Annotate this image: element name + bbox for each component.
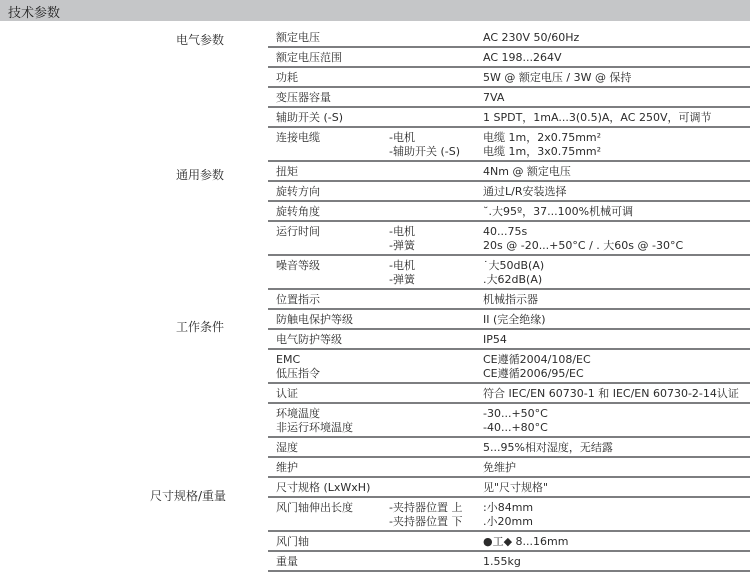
parameter-sub-line: -电机 bbox=[389, 225, 415, 239]
parameter-value-line: CE遵循2004/108/EC bbox=[483, 353, 591, 367]
parameter-name-line: 重量 bbox=[276, 555, 298, 569]
parameter-sub: -电机-弹簧 bbox=[389, 259, 415, 287]
parameter-value-line: 1.55kg bbox=[483, 555, 521, 569]
section-label-dimensions-weight: 尺寸规格/重量 bbox=[150, 487, 226, 504]
parameter-name-line: 连接电缆 bbox=[276, 131, 320, 145]
parameter-name-line: EMC bbox=[276, 353, 320, 367]
parameter-value: 见"尺寸规格" bbox=[483, 481, 548, 495]
parameter-value-line: ●工◆ 8...16mm bbox=[483, 535, 568, 549]
parameter-name-line: 环境温度 bbox=[276, 407, 353, 421]
parameter-name: 扭矩 bbox=[276, 165, 298, 179]
table-row: 维护免维护 bbox=[268, 458, 750, 478]
parameter-value-line: ˘.大95º，37...100%机械可调 bbox=[483, 205, 633, 219]
parameter-value-line: :小84mm bbox=[483, 501, 533, 515]
parameter-sub-line: -弹簧 bbox=[389, 239, 415, 253]
table-row: 功耗5W @ 额定电压 / 3W @ 保持 bbox=[268, 68, 750, 88]
table-row: 变压器容量7VA bbox=[268, 88, 750, 108]
parameter-value: :小84mm .小20mm bbox=[483, 501, 533, 529]
parameter-sub-line: -弹簧 bbox=[389, 273, 415, 287]
parameter-name-line: 电气防护等级 bbox=[276, 333, 342, 347]
parameter-name-line: 旋转角度 bbox=[276, 205, 320, 219]
parameter-value: IP54 bbox=[483, 333, 507, 347]
parameter-value: 电缆 1m，2x0.75mm²电缆 1m，3x0.75mm² bbox=[483, 131, 601, 159]
table-row: 环境温度非运行环境温度-30...+50°C-40...+80°C bbox=[268, 404, 750, 438]
parameter-name-line: 旋转方向 bbox=[276, 185, 320, 199]
table-row: EMC低压指令CE遵循2004/108/ECCE遵循2006/95/EC bbox=[268, 350, 750, 384]
parameter-name: 防触电保护等级 bbox=[276, 313, 353, 327]
parameter-name: 额定电压范围 bbox=[276, 51, 342, 65]
parameter-name: 运行时间 bbox=[276, 225, 320, 239]
table-row: 旋转方向通过L/R安装选择 bbox=[268, 182, 750, 202]
parameter-name: 变压器容量 bbox=[276, 91, 331, 105]
table-row: 重量1.55kg bbox=[268, 552, 750, 572]
parameter-value: II (完全绝缘) bbox=[483, 313, 546, 327]
parameter-name-line: 非运行环境温度 bbox=[276, 421, 353, 435]
parameter-name: 位置指示 bbox=[276, 293, 320, 307]
parameter-sub-line: -电机 bbox=[389, 131, 460, 145]
parameter-name-line: 风门轴伸出长度 bbox=[276, 501, 353, 515]
parameter-value: AC 198...264V bbox=[483, 51, 562, 65]
parameter-value: AC 230V 50/60Hz bbox=[483, 31, 579, 45]
parameter-value-line: 1 SPDT，1mA...3(0.5)A，AC 250V，可调节 bbox=[483, 111, 711, 125]
parameter-value-line: 符合 IEC/EN 60730-1 和 IEC/EN 60730-2-14认证 bbox=[483, 387, 739, 401]
parameter-value: 免维护 bbox=[483, 461, 516, 475]
section-label-working-conditions: 工作条件 bbox=[176, 318, 224, 335]
parameter-value: 40...75s20s @ -20...+50°C / . 大60s @ -30… bbox=[483, 225, 683, 253]
parameter-value-line: 免维护 bbox=[483, 461, 516, 475]
parameter-name: 尺寸规格 (LxWxH) bbox=[276, 481, 370, 495]
parameter-sub: -电机-弹簧 bbox=[389, 225, 415, 253]
table-row: 运行时间-电机-弹簧40...75s20s @ -20...+50°C / . … bbox=[268, 222, 750, 256]
parameter-name: 环境温度非运行环境温度 bbox=[276, 407, 353, 435]
parameter-value: 5...95%相对湿度，无结露 bbox=[483, 441, 613, 455]
parameter-sub-line: -夹持器位置 上 bbox=[389, 501, 462, 515]
parameter-value-line: -30...+50°C bbox=[483, 407, 548, 421]
table-row: 风门轴●工◆ 8...16mm bbox=[268, 532, 750, 552]
parameter-name-line: 额定电压 bbox=[276, 31, 320, 45]
parameter-value-line: 20s @ -20...+50°C / . 大60s @ -30°C bbox=[483, 239, 683, 253]
table-row: 防触电保护等级II (完全绝缘) bbox=[268, 310, 750, 330]
header-bar: 技术参数 bbox=[0, 0, 750, 21]
parameter-name-line: 功耗 bbox=[276, 71, 298, 85]
parameter-name-line: 变压器容量 bbox=[276, 91, 331, 105]
table-row: 电气防护等级IP54 bbox=[268, 330, 750, 350]
parameter-name-line: 认证 bbox=[276, 387, 298, 401]
table-row: 认证符合 IEC/EN 60730-1 和 IEC/EN 60730-2-14认… bbox=[268, 384, 750, 404]
parameter-value-line: 4Nm @ 额定电压 bbox=[483, 165, 571, 179]
table-row: 额定电压AC 230V 50/60Hz bbox=[268, 28, 750, 48]
parameter-value-line: 通过L/R安装选择 bbox=[483, 185, 566, 199]
parameter-value: 1.55kg bbox=[483, 555, 521, 569]
parameter-value: CE遵循2004/108/ECCE遵循2006/95/EC bbox=[483, 353, 591, 381]
parameter-value: 7VA bbox=[483, 91, 504, 105]
table-row: 风门轴伸出长度-夹持器位置 上-夹持器位置 下 :小84mm .小20mm bbox=[268, 498, 750, 532]
parameter-value-line: 7VA bbox=[483, 91, 504, 105]
parameter-name: 湿度 bbox=[276, 441, 298, 455]
table-row: 尺寸规格 (LxWxH)见"尺寸规格" bbox=[268, 478, 750, 498]
section-label-electrical: 电气参数 bbox=[176, 31, 224, 48]
parameter-name-line: 额定电压范围 bbox=[276, 51, 342, 65]
parameter-name-line: 辅助开关 (-S) bbox=[276, 111, 343, 125]
parameter-name-line: 噪音等级 bbox=[276, 259, 320, 273]
table-row: 位置指示机械指示器 bbox=[268, 290, 750, 310]
parameter-name: 旋转角度 bbox=[276, 205, 320, 219]
parameter-value-line: II (完全绝缘) bbox=[483, 313, 546, 327]
parameter-sub-line: -电机 bbox=[389, 259, 415, 273]
parameter-name-line: 扭矩 bbox=[276, 165, 298, 179]
parameter-value-line: 40...75s bbox=[483, 225, 683, 239]
parameter-name: 认证 bbox=[276, 387, 298, 401]
parameter-value-line: -40...+80°C bbox=[483, 421, 548, 435]
parameter-name: 辅助开关 (-S) bbox=[276, 111, 343, 125]
table-row: 噪音等级-电机-弹簧˙大50dB(A).大62dB(A) bbox=[268, 256, 750, 290]
parameter-value-line: 机械指示器 bbox=[483, 293, 538, 307]
parameter-value: ●工◆ 8...16mm bbox=[483, 535, 568, 549]
table-row: 辅助开关 (-S)1 SPDT，1mA...3(0.5)A，AC 250V，可调… bbox=[268, 108, 750, 128]
parameter-value: 4Nm @ 额定电压 bbox=[483, 165, 571, 179]
parameter-value: 1 SPDT，1mA...3(0.5)A，AC 250V，可调节 bbox=[483, 111, 711, 125]
parameter-sub: -夹持器位置 上-夹持器位置 下 bbox=[389, 501, 462, 529]
parameter-name: EMC低压指令 bbox=[276, 353, 320, 381]
parameter-name-line: 湿度 bbox=[276, 441, 298, 455]
spec-table: 额定电压AC 230V 50/60Hz额定电压范围AC 198...264V功耗… bbox=[268, 28, 750, 572]
parameter-value-line: 电缆 1m，3x0.75mm² bbox=[483, 145, 601, 159]
table-row: 扭矩4Nm @ 额定电压 bbox=[268, 162, 750, 182]
parameter-value: 符合 IEC/EN 60730-1 和 IEC/EN 60730-2-14认证 bbox=[483, 387, 739, 401]
parameter-name: 噪音等级 bbox=[276, 259, 320, 273]
parameter-name: 风门轴 bbox=[276, 535, 309, 549]
table-row: 连接电缆-电机-辅助开关 (-S)电缆 1m，2x0.75mm²电缆 1m，3x… bbox=[268, 128, 750, 162]
parameter-name-line: 维护 bbox=[276, 461, 298, 475]
parameter-value-line: IP54 bbox=[483, 333, 507, 347]
parameter-name: 连接电缆 bbox=[276, 131, 320, 145]
table-row: 旋转角度˘.大95º，37...100%机械可调 bbox=[268, 202, 750, 222]
parameter-name: 维护 bbox=[276, 461, 298, 475]
parameter-value-line: ˙大50dB(A) bbox=[483, 259, 544, 273]
table-row: 额定电压范围AC 198...264V bbox=[268, 48, 750, 68]
parameter-value: 5W @ 额定电压 / 3W @ 保持 bbox=[483, 71, 631, 85]
parameter-value-line: 电缆 1m，2x0.75mm² bbox=[483, 131, 601, 145]
parameter-value: -30...+50°C-40...+80°C bbox=[483, 407, 548, 435]
parameter-name: 额定电压 bbox=[276, 31, 320, 45]
parameter-name-line: 防触电保护等级 bbox=[276, 313, 353, 327]
parameter-value-line: 5W @ 额定电压 / 3W @ 保持 bbox=[483, 71, 631, 85]
parameter-name-line: 风门轴 bbox=[276, 535, 309, 549]
parameter-name: 风门轴伸出长度 bbox=[276, 501, 353, 515]
parameter-value: 机械指示器 bbox=[483, 293, 538, 307]
parameter-name: 旋转方向 bbox=[276, 185, 320, 199]
page-title: 技术参数 bbox=[8, 2, 60, 21]
section-label-general: 通用参数 bbox=[176, 166, 224, 183]
parameter-name: 重量 bbox=[276, 555, 298, 569]
parameter-value-line: 见"尺寸规格" bbox=[483, 481, 548, 495]
parameter-sub: -电机-辅助开关 (-S) bbox=[389, 131, 460, 159]
parameter-name-line: 尺寸规格 (LxWxH) bbox=[276, 481, 370, 495]
parameter-value-line: .大62dB(A) bbox=[483, 273, 544, 287]
parameter-name: 电气防护等级 bbox=[276, 333, 342, 347]
parameter-value-line: CE遵循2006/95/EC bbox=[483, 367, 591, 381]
parameter-name-line: 运行时间 bbox=[276, 225, 320, 239]
parameter-value-line: .小20mm bbox=[483, 515, 533, 529]
parameter-value-line: AC 198...264V bbox=[483, 51, 562, 65]
parameter-name-line: 位置指示 bbox=[276, 293, 320, 307]
parameter-value-line: AC 230V 50/60Hz bbox=[483, 31, 579, 45]
parameter-name: 功耗 bbox=[276, 71, 298, 85]
table-row: 湿度5...95%相对湿度，无结露 bbox=[268, 438, 750, 458]
parameter-sub-line: -夹持器位置 下 bbox=[389, 515, 462, 529]
parameter-value-line: 5...95%相对湿度，无结露 bbox=[483, 441, 613, 455]
parameter-value: 通过L/R安装选择 bbox=[483, 185, 566, 199]
parameter-sub-line: -辅助开关 (-S) bbox=[389, 145, 460, 159]
parameter-name-line: 低压指令 bbox=[276, 367, 320, 381]
parameter-value: ˘.大95º，37...100%机械可调 bbox=[483, 205, 633, 219]
parameter-value: ˙大50dB(A).大62dB(A) bbox=[483, 259, 544, 287]
